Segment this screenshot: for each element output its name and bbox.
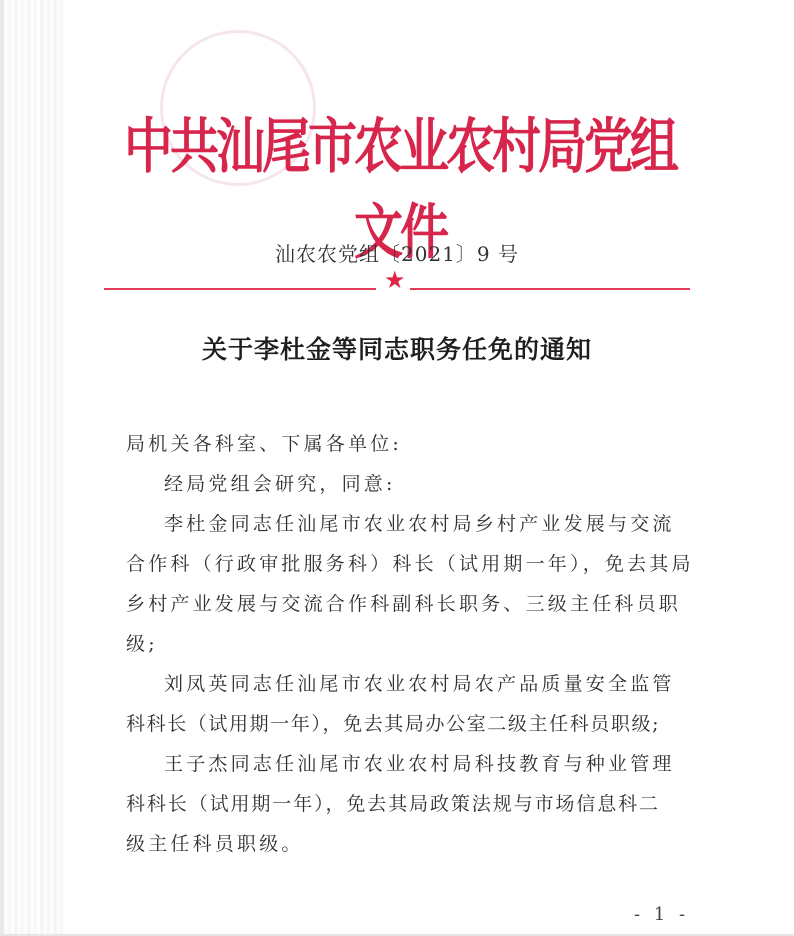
body-line: 李杜金同志任汕尾市农业农村局乡村产业发展与交流: [126, 504, 706, 544]
body-line: 级;: [126, 624, 706, 664]
star-icon: ★: [384, 268, 406, 292]
red-rule-left: [104, 288, 376, 290]
scan-edge-line: [0, 0, 4, 936]
body-line: 王子杰同志任汕尾市农业农村局科技教育与种业管理: [126, 744, 706, 784]
body-line: 刘凤英同志任汕尾市农业农村局农产品质量安全监管: [126, 664, 706, 704]
page-number: - 1 -: [634, 904, 689, 925]
body-line: 级主任科员职级。: [126, 824, 706, 864]
scan-edge-artifact: [0, 0, 66, 936]
body-line: 科科长（试用期一年），免去其局政策法规与市场信息科二: [126, 784, 706, 824]
document-body: 局机关各科室、下属各单位: 经局党组会研究，同意: 李杜金同志任汕尾市农业农村局…: [126, 424, 706, 864]
body-line: 科科长（试用期一年），免去其局办公室二级主任科员职级;: [126, 704, 706, 744]
salutation: 局机关各科室、下属各单位:: [126, 424, 706, 464]
body-line: 合作科（行政审批服务科）科长（试用期一年），免去其局: [126, 544, 706, 584]
body-line: 乡村产业发展与交流合作科副科长职务、三级主任科员职: [126, 584, 706, 624]
document-title: 关于李杜金等同志职务任免的通知: [0, 330, 794, 366]
document-number: 汕农农党组〔2021〕9 号: [0, 238, 794, 267]
body-line: 经局党组会研究，同意:: [126, 464, 706, 504]
red-rule-right: [410, 288, 690, 290]
